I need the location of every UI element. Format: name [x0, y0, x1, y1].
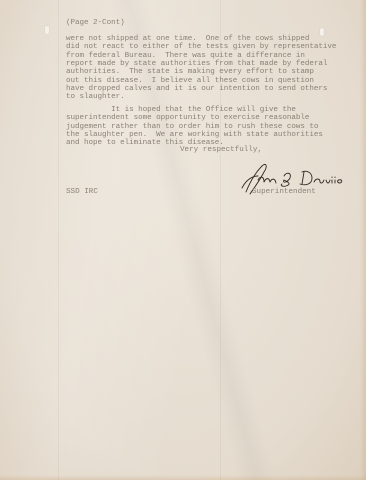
page-header: (Page 2-Cont) [66, 19, 125, 27]
paper-fold [58, 0, 59, 480]
staple-mark [45, 26, 49, 34]
text-line: to slaughter. [66, 93, 125, 101]
text-line: the slaughter pen. We are working with s… [66, 131, 323, 139]
text-line: It is hoped that the Office will give th… [66, 106, 296, 114]
document-page: (Page 2-Cont) were not shipped at one ti… [0, 0, 366, 480]
reference-initials: SSD IRC [66, 188, 98, 196]
signer-title: Superintendent [252, 188, 316, 196]
paper-edge [360, 0, 366, 480]
text-line: judgement rather than to order him to ru… [66, 123, 318, 131]
text-line: from federal Bureau. There was quite a d… [66, 52, 305, 60]
text-line: were not shipped at one time. One of the… [66, 35, 309, 43]
staple-mark [320, 28, 324, 36]
text-line: out this disease. I believe all these co… [66, 77, 314, 85]
paper-edge [0, 475, 366, 480]
text-line: authorities. The state is making every e… [66, 68, 314, 76]
text-line: have dropped calves and it is our intent… [66, 85, 327, 93]
text-line: did not react to either of the tests giv… [66, 43, 336, 51]
closing: Very respectfully, [180, 146, 262, 154]
text-line: superintendent some opportunity to exerc… [66, 114, 309, 122]
text-line: report made by state authorities from th… [66, 60, 327, 68]
